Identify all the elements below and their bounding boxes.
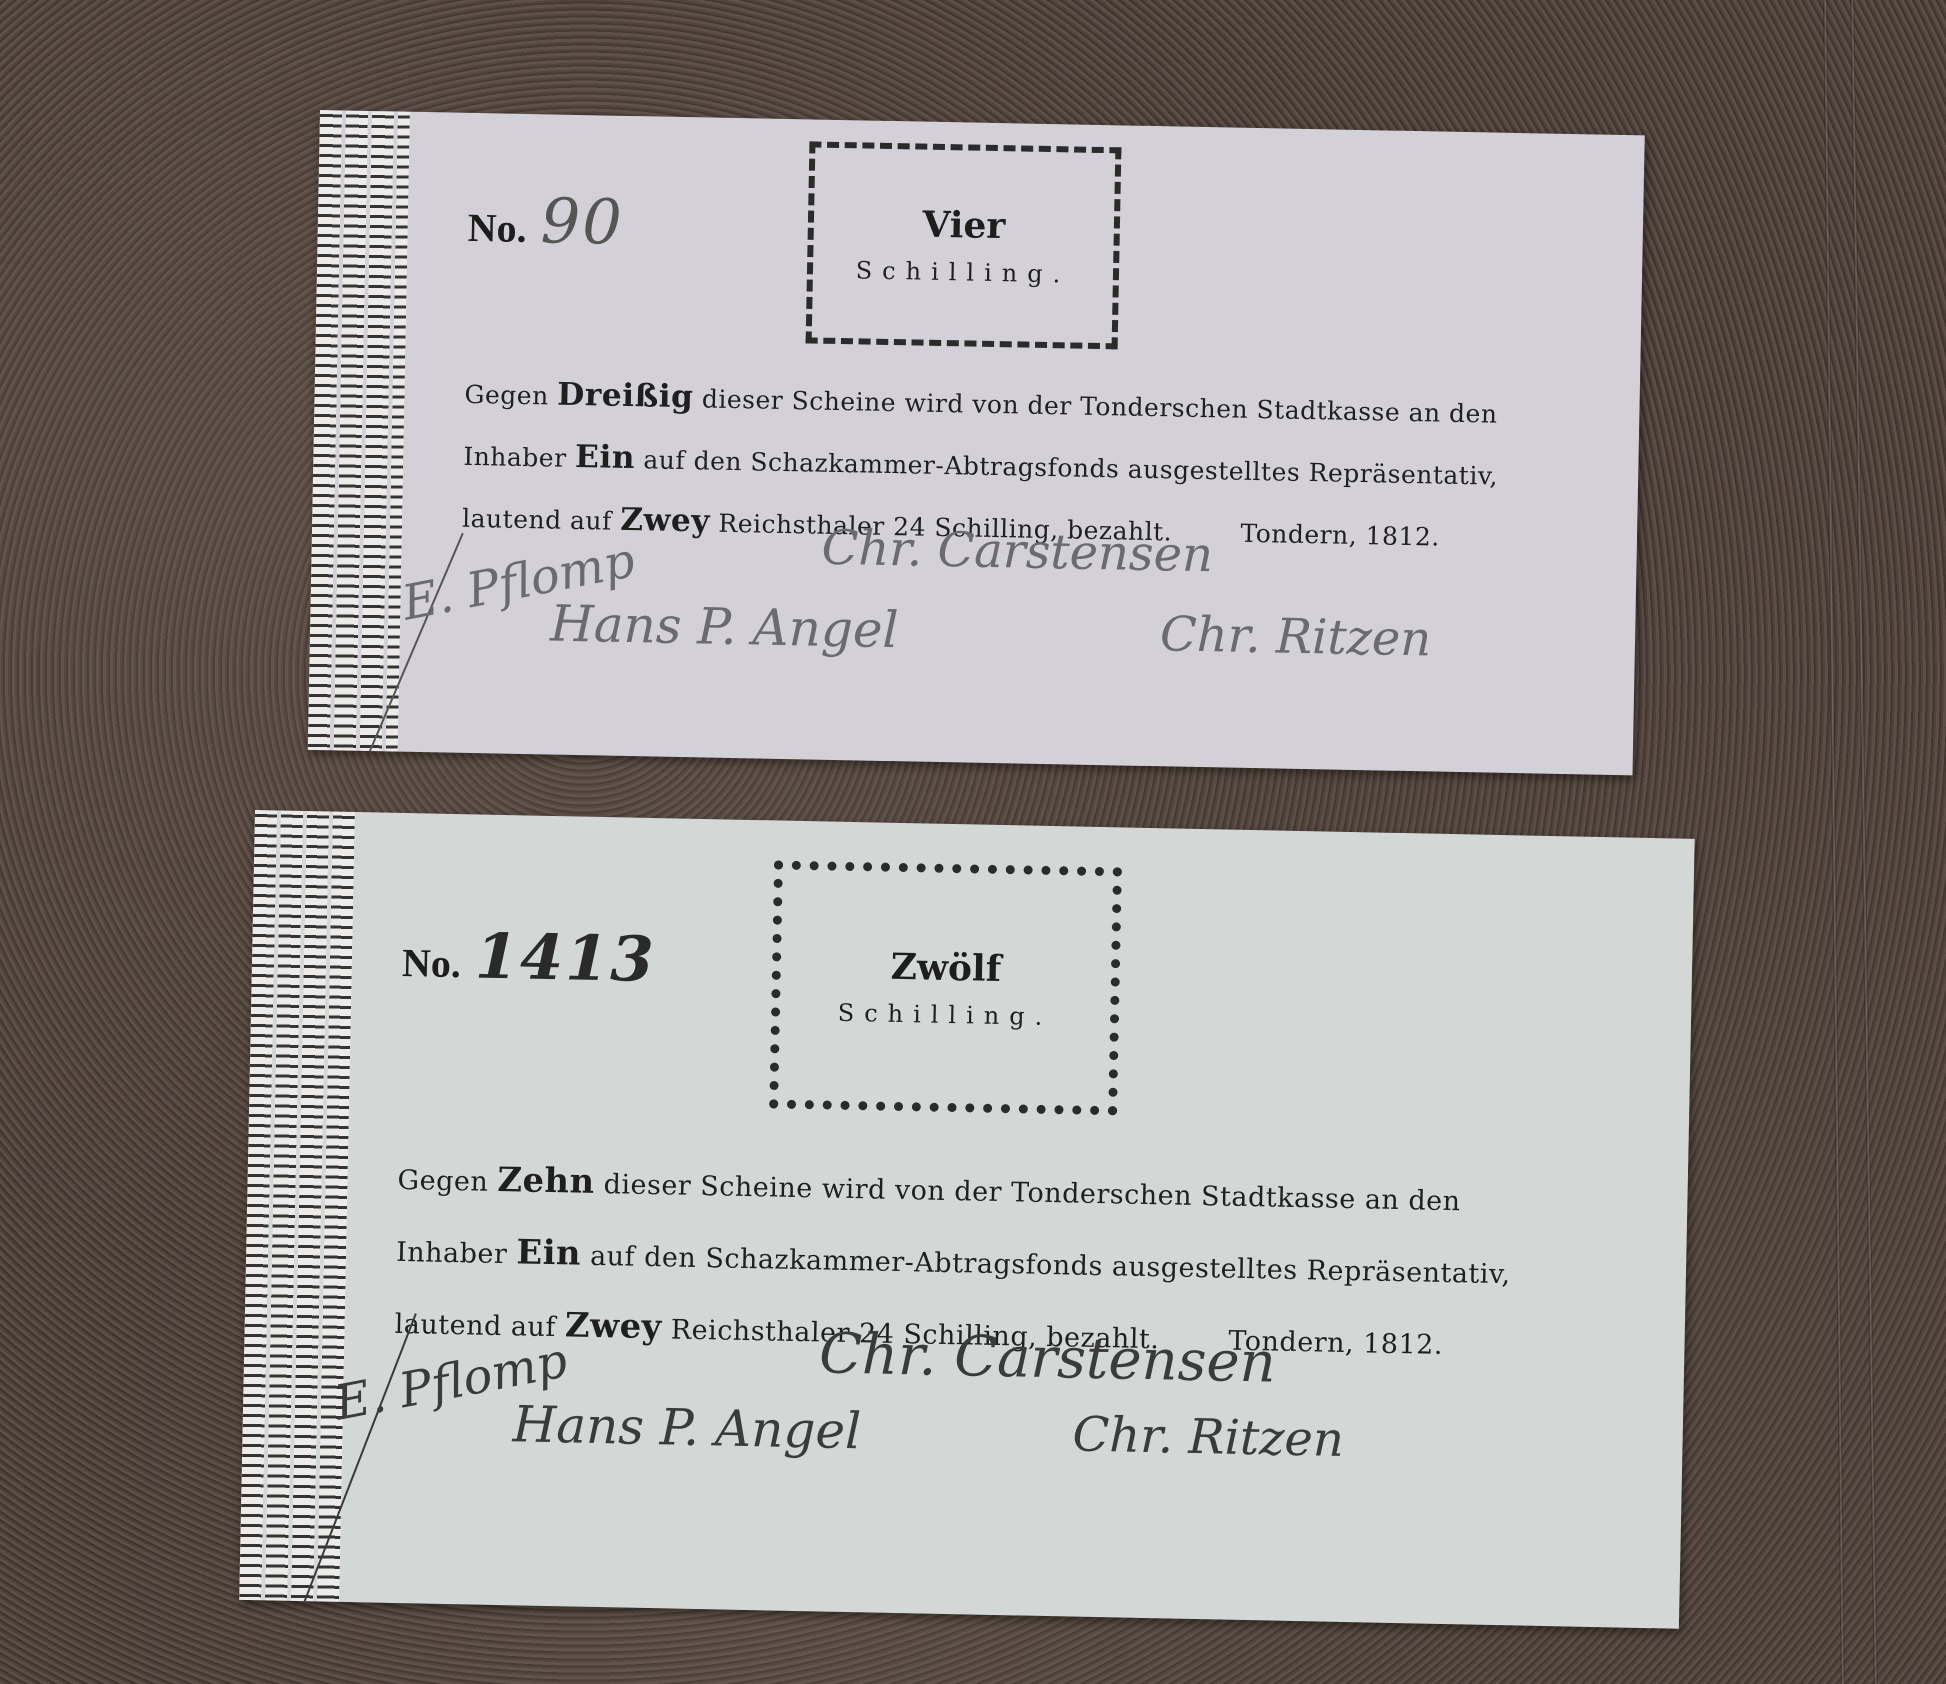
banknote-vier-schilling: No. 90 Vier Schilling. Gegen Dreißig die… — [308, 110, 1645, 775]
signature: Chr. Ritzen — [1160, 606, 1432, 667]
signature: Chr. Ritzen — [1072, 1407, 1344, 1468]
banknote-zwoelf-schilling: No. 1413 Zwölf Schilling. Gegen Zehn die… — [239, 810, 1695, 1629]
serial-value: 90 — [540, 184, 624, 259]
serial-label: No. — [467, 204, 527, 252]
denomination-unit: Schilling. — [856, 256, 1071, 288]
serial-number: No. 1413 — [401, 918, 656, 996]
serial-number: No. 90 — [467, 183, 624, 259]
signature: Hans P. Angel — [550, 595, 899, 660]
place-date: Tondern, 1812. — [1240, 519, 1440, 552]
denomination-frame: Zwölf Schilling. — [769, 860, 1122, 1115]
signature: Chr. Carstensen — [821, 520, 1213, 584]
fabric-fold-seam — [1823, 0, 1845, 1684]
security-stripe — [308, 110, 410, 752]
denomination-frame: Vier Schilling. — [806, 141, 1122, 349]
denomination-unit: Schilling. — [838, 999, 1053, 1031]
serial-value: 1413 — [474, 919, 656, 996]
serial-label: No. — [401, 939, 461, 987]
denomination-word: Zwölf — [890, 946, 1001, 990]
signature: Chr. Carstensen — [819, 1321, 1277, 1395]
signature: Hans P. Angel — [512, 1395, 861, 1460]
denomination-word: Vier — [922, 204, 1006, 248]
fabric-fold-seam — [1850, 0, 1878, 1684]
security-stripe — [239, 810, 355, 1602]
